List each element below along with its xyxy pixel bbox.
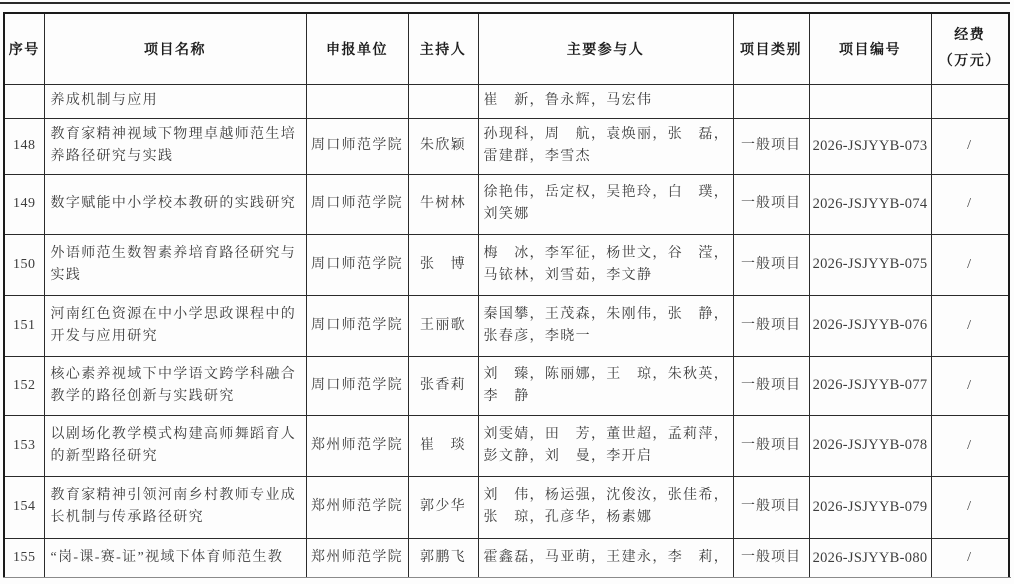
projects-table-wrap: 序号 项目名称 申报单位 主持人 主要参与人 项目类别 项目编号 经费 （万元）… xyxy=(3,12,1011,578)
cell-category: 一般项目 xyxy=(733,538,809,578)
table-row: 150外语师范生数智素养培育路径研究与 实践周口师范学院张 博梅 冰，李军征，杨… xyxy=(4,234,1009,295)
cell-code: 2026-JSJYYB-078 xyxy=(809,415,931,476)
table-row: 155“岗-课-赛-证”视域下体育师范生教郑州师范学院郭鹏飞霍鑫磊，马亚萌，王建… xyxy=(4,538,1009,578)
header-category: 项目类别 xyxy=(733,13,809,84)
header-funding-line1: 经费 xyxy=(932,29,1009,43)
cell-host: 郭少华 xyxy=(408,476,478,538)
header-unit: 申报单位 xyxy=(306,13,408,84)
table-row: 153以剧场化教学模式构建高师舞蹈育人 的新型路径研究郑州师范学院崔 琰刘雯婧，… xyxy=(4,415,1009,476)
cell-funding: / xyxy=(931,118,1009,174)
cell-unit: 郑州师范学院 xyxy=(306,538,408,578)
document-page: 序号 项目名称 申报单位 主持人 主要参与人 项目类别 项目编号 经费 （万元）… xyxy=(0,0,1014,584)
cell-unit: 郑州师范学院 xyxy=(306,415,408,476)
cell-index: 150 xyxy=(4,234,44,295)
cell-participants: 刘 伟，杨运强，沈俊汝，张佳希， 张 琼，孔彦华，杨素娜 xyxy=(478,476,733,538)
header-funding: 经费 （万元） xyxy=(931,13,1009,84)
cell-code: 2026-JSJYYB-079 xyxy=(809,476,931,538)
table-header: 序号 项目名称 申报单位 主持人 主要参与人 项目类别 项目编号 经费 （万元） xyxy=(4,13,1009,84)
cell-code: 2026-JSJYYB-076 xyxy=(809,295,931,356)
header-project-name: 项目名称 xyxy=(44,13,306,84)
cell-index: 152 xyxy=(4,356,44,415)
cell-category: 一般项目 xyxy=(733,295,809,356)
cell-name: 数字赋能中小学校本教研的实践研究 xyxy=(44,174,306,234)
cell-unit: 周口师范学院 xyxy=(306,118,408,174)
cell-funding: / xyxy=(931,295,1009,356)
cell-unit: 周口师范学院 xyxy=(306,356,408,415)
cell-participants: 徐艳伟，岳定权，吴艳玲，白 璞， 刘笑娜 xyxy=(478,174,733,234)
cell-host: 朱欣颖 xyxy=(408,118,478,174)
cell-participants: 崔 新，鲁永辉，马宏伟 xyxy=(478,84,733,118)
table-row: 151河南红色资源在中小学思政课程中的 开发与应用研究周口师范学院王丽歌秦国攀，… xyxy=(4,295,1009,356)
cell-index: 153 xyxy=(4,415,44,476)
cell-name: “岗-课-赛-证”视域下体育师范生教 xyxy=(44,538,306,578)
cell-index xyxy=(4,84,44,118)
table-body: 养成机制与应用崔 新，鲁永辉，马宏伟148教育家精神视域下物理卓越师范生培 养路… xyxy=(4,84,1009,578)
cell-funding: / xyxy=(931,415,1009,476)
cell-participants: 孙现科，周 航，袁焕丽，张 磊， 雷建群，李雪杰 xyxy=(478,118,733,174)
projects-table: 序号 项目名称 申报单位 主持人 主要参与人 项目类别 项目编号 经费 （万元）… xyxy=(3,12,1010,578)
cell-index: 149 xyxy=(4,174,44,234)
cell-funding xyxy=(931,84,1009,118)
cell-code: 2026-JSJYYB-073 xyxy=(809,118,931,174)
cell-category: 一般项目 xyxy=(733,234,809,295)
header-code: 项目编号 xyxy=(809,13,931,84)
cell-host: 郭鹏飞 xyxy=(408,538,478,578)
cell-index: 155 xyxy=(4,538,44,578)
cell-participants: 刘雯婧，田 芳，董世超，孟莉萍， 彭文静，刘 曼，李开启 xyxy=(478,415,733,476)
cell-index: 151 xyxy=(4,295,44,356)
cell-index: 148 xyxy=(4,118,44,174)
cell-name: 外语师范生数智素养培育路径研究与 实践 xyxy=(44,234,306,295)
table-row: 养成机制与应用崔 新，鲁永辉，马宏伟 xyxy=(4,84,1009,118)
cell-host xyxy=(408,84,478,118)
cell-name: 河南红色资源在中小学思政课程中的 开发与应用研究 xyxy=(44,295,306,356)
cell-participants: 刘 臻，陈丽娜，王 琼，朱秋英， 李 静 xyxy=(478,356,733,415)
cell-category xyxy=(733,84,809,118)
cell-code: 2026-JSJYYB-075 xyxy=(809,234,931,295)
cell-code: 2026-JSJYYB-074 xyxy=(809,174,931,234)
table-row: 154教育家精神引领河南乡村教师专业成 长机制与传承路径研究郑州师范学院郭少华刘… xyxy=(4,476,1009,538)
cell-unit: 周口师范学院 xyxy=(306,295,408,356)
table-row: 148教育家精神视域下物理卓越师范生培 养路径研究与实践周口师范学院朱欣颖孙现科… xyxy=(4,118,1009,174)
cell-code: 2026-JSJYYB-080 xyxy=(809,538,931,578)
cell-category: 一般项目 xyxy=(733,415,809,476)
cell-category: 一般项目 xyxy=(733,174,809,234)
cell-code: 2026-JSJYYB-077 xyxy=(809,356,931,415)
cell-category: 一般项目 xyxy=(733,118,809,174)
cell-index: 154 xyxy=(4,476,44,538)
header-participants: 主要参与人 xyxy=(478,13,733,84)
cell-funding: / xyxy=(931,234,1009,295)
cell-participants: 秦国攀，王茂森，朱刚伟，张 静， 张春彦，李晓一 xyxy=(478,295,733,356)
table-row: 152核心素养视域下中学语文跨学科融合 教学的路径创新与实践研究周口师范学院张香… xyxy=(4,356,1009,415)
table-row: 149数字赋能中小学校本教研的实践研究周口师范学院牛树林徐艳伟，岳定权，吴艳玲，… xyxy=(4,174,1009,234)
cell-host: 王丽歌 xyxy=(408,295,478,356)
cell-funding: / xyxy=(931,174,1009,234)
cell-name: 核心素养视域下中学语文跨学科融合 教学的路径创新与实践研究 xyxy=(44,356,306,415)
header-index: 序号 xyxy=(4,13,44,84)
cell-unit xyxy=(306,84,408,118)
cell-funding: / xyxy=(931,356,1009,415)
cell-category: 一般项目 xyxy=(733,476,809,538)
header-funding-line2: （万元） xyxy=(932,55,1009,69)
cell-host: 崔 琰 xyxy=(408,415,478,476)
previous-row-cut-line xyxy=(0,2,1010,4)
cell-name: 教育家精神视域下物理卓越师范生培 养路径研究与实践 xyxy=(44,118,306,174)
cell-participants: 梅 冰，李军征，杨世文，谷 滢， 马铱林，刘雪茹，李文静 xyxy=(478,234,733,295)
cell-name: 养成机制与应用 xyxy=(44,84,306,118)
cell-participants: 霍鑫磊，马亚萌，王建永，李 莉， xyxy=(478,538,733,578)
header-row: 序号 项目名称 申报单位 主持人 主要参与人 项目类别 项目编号 经费 （万元） xyxy=(4,13,1009,84)
cell-unit: 周口师范学院 xyxy=(306,234,408,295)
cell-name: 教育家精神引领河南乡村教师专业成 长机制与传承路径研究 xyxy=(44,476,306,538)
cell-category: 一般项目 xyxy=(733,356,809,415)
cell-name: 以剧场化教学模式构建高师舞蹈育人 的新型路径研究 xyxy=(44,415,306,476)
cell-code xyxy=(809,84,931,118)
cell-unit: 周口师范学院 xyxy=(306,174,408,234)
cell-host: 牛树林 xyxy=(408,174,478,234)
cell-funding: / xyxy=(931,476,1009,538)
cell-unit: 郑州师范学院 xyxy=(306,476,408,538)
cell-host: 张 博 xyxy=(408,234,478,295)
header-host: 主持人 xyxy=(408,13,478,84)
cell-host: 张香莉 xyxy=(408,356,478,415)
cell-funding: / xyxy=(931,538,1009,578)
